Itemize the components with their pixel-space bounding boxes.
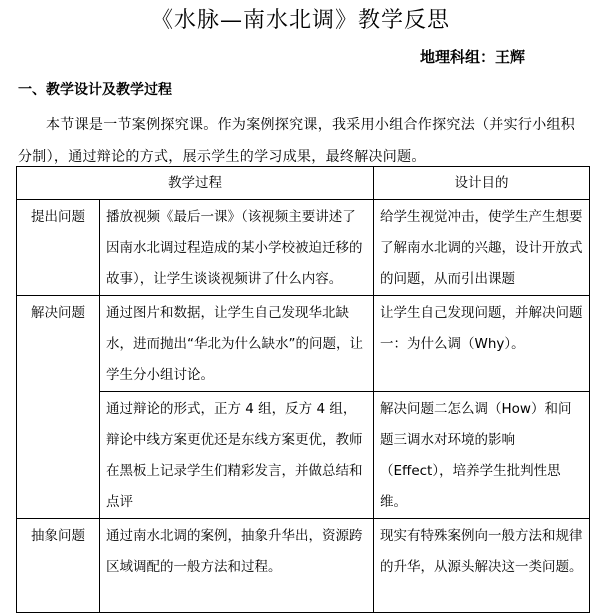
stage-cell: 解决问题 bbox=[17, 296, 100, 519]
purpose-cell: 给学生视觉冲击，使学生产生想要了解南水北调的兴趣，设计开放式的问题，从而引出课题 bbox=[374, 200, 590, 296]
process-cell: 通过图片和数据，让学生自己发现华北缺水，进而抛出“华北为什么缺水”的问题，让学生… bbox=[100, 296, 374, 392]
table-row: 抽象问题 通过南水北调的案例，抽象升华出，资源跨区域调配的一般方法和过程。 现实… bbox=[17, 519, 590, 613]
process-cell: 播放视频《最后一课》（该视频主要讲述了因南水北调过程造成的某小学校被迫迁移的故事… bbox=[100, 200, 374, 296]
header-design-purpose: 设计目的 bbox=[374, 167, 590, 200]
stage-cell: 提出问题 bbox=[17, 200, 100, 296]
author-line: 地理科组：王辉 bbox=[420, 46, 525, 68]
process-cell: 通过南水北调的案例，抽象升华出，资源跨区域调配的一般方法和过程。 bbox=[100, 519, 374, 613]
teaching-plan-table: 教学过程 设计目的 提出问题 播放视频《最后一课》（该视频主要讲述了因南水北调过… bbox=[16, 166, 590, 613]
purpose-cell: 解决问题二怎么调（How）和问题三调水对环境的影响（Effect），培养学生批判… bbox=[374, 392, 590, 519]
table-row: 解决问题 通过图片和数据，让学生自己发现华北缺水，进而抛出“华北为什么缺水”的问… bbox=[17, 296, 590, 392]
header-teaching-process: 教学过程 bbox=[17, 167, 374, 200]
purpose-cell: 让学生自己发现问题，并解决问题一：为什么调（Why）。 bbox=[374, 296, 590, 392]
stage-cell: 抽象问题 bbox=[17, 519, 100, 613]
table-row: 通过辩论的形式，正方 4 组，反方 4 组，辩论中线方案更优还是东线方案更优，教… bbox=[17, 392, 590, 519]
section-heading: 一、教学设计及教学过程 bbox=[18, 80, 172, 100]
table-header-row: 教学过程 设计目的 bbox=[17, 167, 590, 200]
intro-paragraph: 本节课是一节案例探究课。作为案例探究课，我采用小组合作探究法（并实行小组积分制）… bbox=[18, 109, 588, 173]
table-row: 提出问题 播放视频《最后一课》（该视频主要讲述了因南水北调过程造成的某小学校被迫… bbox=[17, 200, 590, 296]
document-title: 《水脉—南水北调》教学反思 bbox=[0, 6, 601, 36]
purpose-cell: 现实有特殊案例向一般方法和规律的升华，从源头解决这一类问题。 bbox=[374, 519, 590, 613]
process-cell: 通过辩论的形式，正方 4 组，反方 4 组，辩论中线方案更优还是东线方案更优，教… bbox=[100, 392, 374, 519]
